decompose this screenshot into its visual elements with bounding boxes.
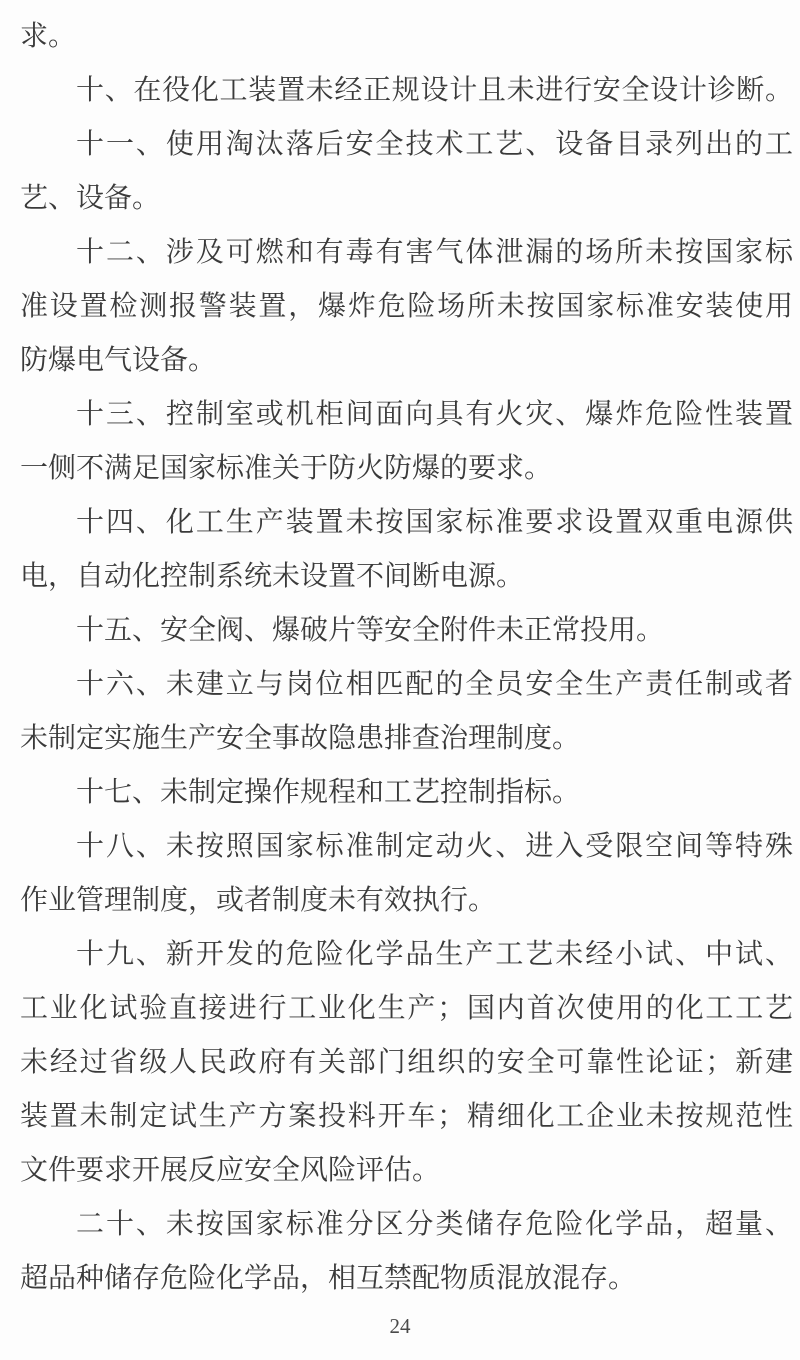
text-line: 求。 <box>20 10 793 64</box>
text-line: 十五、安全阀、爆破片等安全附件未正常投用。 <box>20 604 793 658</box>
text-line: 十、在役化工装置未经正规设计且未进行安全设计诊断。 <box>20 64 793 118</box>
paragraph-item-17: 十七、未制定操作规程和工艺控制指标。 <box>20 766 793 820</box>
text-line: 十二、涉及可燃和有毒有害气体泄漏的场所未按国家标 <box>20 226 793 280</box>
document-page: 求。 十、在役化工装置未经正规设计且未进行安全设计诊断。 十一、使用淘汰落后安全… <box>0 0 800 1360</box>
paragraph-item-13: 十三、控制室或机柜间面向具有火灾、爆炸危险性装置 一侧不满足国家标准关于防火防爆… <box>20 388 793 496</box>
text-line: 作业管理制度，或者制度未有效执行。 <box>20 874 793 928</box>
text-line: 未制定实施生产安全事故隐患排查治理制度。 <box>20 712 793 766</box>
text-line: 十七、未制定操作规程和工艺控制指标。 <box>20 766 793 820</box>
text-line: 装置未制定试生产方案投料开车；精细化工企业未按规范性 <box>20 1090 793 1144</box>
paragraph-item-20: 二十、未按国家标准分区分类储存危险化学品，超量、 超品种储存危险化学品，相互禁配… <box>20 1198 793 1306</box>
text-line: 一侧不满足国家标准关于防火防爆的要求。 <box>20 442 793 496</box>
text-line: 二十、未按国家标准分区分类储存危险化学品，超量、 <box>20 1198 793 1252</box>
paragraph-item-19: 十九、新开发的危险化学品生产工艺未经小试、中试、 工业化试验直接进行工业化生产；… <box>20 928 793 1198</box>
text-line: 十三、控制室或机柜间面向具有火灾、爆炸危险性装置 <box>20 388 793 442</box>
text-line: 艺、设备。 <box>20 172 793 226</box>
text-line: 十八、未按照国家标准制定动火、进入受限空间等特殊 <box>20 820 793 874</box>
text-line: 工业化试验直接进行工业化生产；国内首次使用的化工工艺 <box>20 982 793 1036</box>
text-line: 准设置检测报警装置，爆炸危险场所未按国家标准安装使用 <box>20 280 793 334</box>
text-line: 十一、使用淘汰落后安全技术工艺、设备目录列出的工 <box>20 118 793 172</box>
text-line: 防爆电气设备。 <box>20 334 793 388</box>
text-line: 文件要求开展反应安全风险评估。 <box>20 1144 793 1198</box>
paragraph-item-10: 十、在役化工装置未经正规设计且未进行安全设计诊断。 <box>20 64 793 118</box>
text-line: 十四、化工生产装置未按国家标准要求设置双重电源供 <box>20 496 793 550</box>
text-line: 十六、未建立与岗位相匹配的全员安全生产责任制或者 <box>20 658 793 712</box>
paragraph-item-14: 十四、化工生产装置未按国家标准要求设置双重电源供 电，自动化控制系统未设置不间断… <box>20 496 793 604</box>
paragraph-item-12: 十二、涉及可燃和有毒有害气体泄漏的场所未按国家标 准设置检测报警装置，爆炸危险场… <box>20 226 793 388</box>
text-line: 电，自动化控制系统未设置不间断电源。 <box>20 550 793 604</box>
text-line: 超品种储存危险化学品，相互禁配物质混放混存。 <box>20 1252 793 1306</box>
paragraph-item-15: 十五、安全阀、爆破片等安全附件未正常投用。 <box>20 604 793 658</box>
text-line: 未经过省级人民政府有关部门组织的安全可靠性论证；新建 <box>20 1036 793 1090</box>
paragraph-continuation: 求。 <box>20 10 793 64</box>
page-number: 24 <box>7 1312 793 1340</box>
text-line: 十九、新开发的危险化学品生产工艺未经小试、中试、 <box>20 928 793 982</box>
paragraph-item-18: 十八、未按照国家标准制定动火、进入受限空间等特殊 作业管理制度，或者制度未有效执… <box>20 820 793 928</box>
paragraph-item-16: 十六、未建立与岗位相匹配的全员安全生产责任制或者 未制定实施生产安全事故隐患排查… <box>20 658 793 766</box>
paragraph-item-11: 十一、使用淘汰落后安全技术工艺、设备目录列出的工 艺、设备。 <box>20 118 793 226</box>
